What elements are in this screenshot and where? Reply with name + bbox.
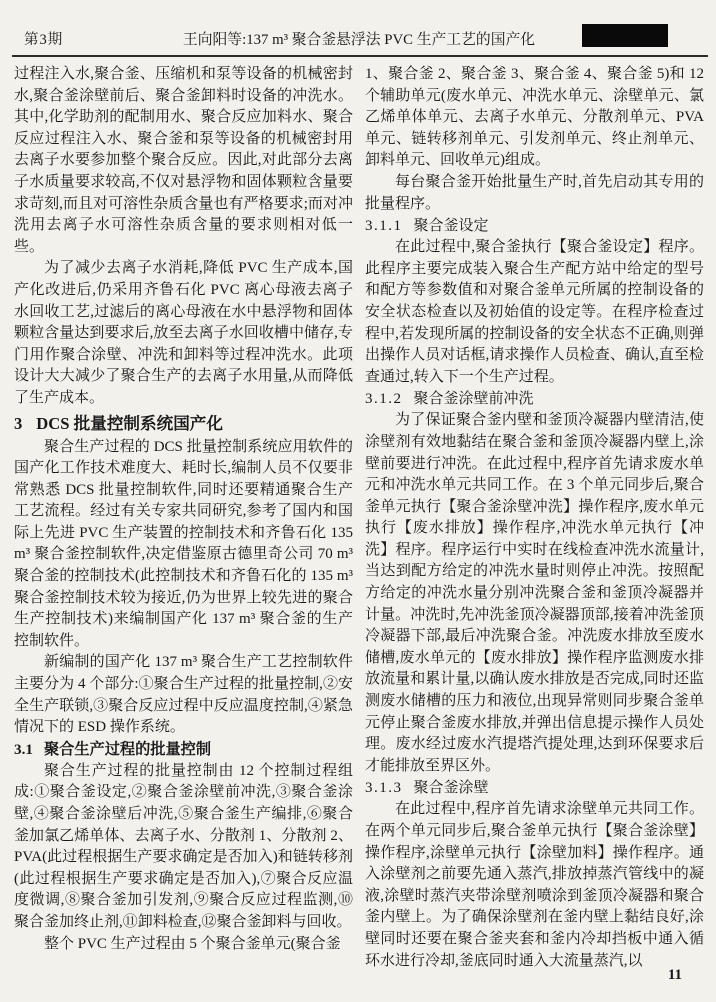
issue-label: 第3期 bbox=[24, 28, 63, 49]
redaction-box bbox=[582, 24, 668, 47]
paragraph: 为了减少去离子水消耗,降低 PVC 生产成本,国产化改进后,仍采用齐鲁石化 PV… bbox=[14, 258, 353, 409]
section-heading-3-1-3: 3.1.3聚合釜涂壁 bbox=[365, 777, 704, 799]
paragraph: 为了保证聚合釜内壁和釜顶冷凝器内壁清洁,使涂壁剂有效地黏结在聚合釜和釜顶冷凝器内… bbox=[365, 410, 704, 777]
section-title: 聚合釜涂壁 bbox=[414, 780, 489, 796]
paragraph: 在此过程中,程序首先请求涂壁单元共同工作。在两个单元同步后,聚合釜单元执行【聚合… bbox=[365, 799, 704, 972]
journal-header: 第3期 王向阳等:137 m³ 聚合釜悬浮法 PVC 生产工艺的国产化 bbox=[12, 20, 706, 54]
section-number: 3.1.1 bbox=[365, 218, 403, 234]
two-column-body: 过程注入水,聚合釜、压缩机和泵等设备的机械密封水,聚合釜涂壁前后、聚合釜卸料时设… bbox=[14, 64, 704, 972]
section-title: 聚合釜涂壁前冲洗 bbox=[414, 391, 534, 407]
left-column: 过程注入水,聚合釜、压缩机和泵等设备的机械密封水,聚合釜涂壁前后、聚合釜卸料时设… bbox=[14, 64, 353, 972]
paragraph: 在此过程中,聚合釜执行【聚合釜设定】程序。此程序主要完成装入聚合生产配方站中给定… bbox=[365, 237, 704, 388]
paragraph: 新编制的国产化 137 m³ 聚合生产工艺控制软件主要分为 4 个部分:①聚合生… bbox=[14, 652, 353, 738]
section-heading-3-1: 3.1聚合生产过程的批量控制 bbox=[14, 739, 353, 761]
section-title: 聚合釜设定 bbox=[414, 218, 489, 234]
section-title: DCS 批量控制系统国产化 bbox=[36, 414, 223, 433]
section-heading-3: 3DCS 批量控制系统国产化 bbox=[14, 412, 353, 436]
section-number: 3.1 bbox=[14, 741, 33, 758]
header-rule bbox=[12, 55, 708, 57]
section-title: 聚合生产过程的批量控制 bbox=[44, 741, 211, 758]
paragraph: 过程注入水,聚合釜、压缩机和泵等设备的机械密封水,聚合釜涂壁前后、聚合釜卸料时设… bbox=[14, 64, 353, 258]
section-number: 3.1.3 bbox=[365, 780, 403, 796]
paragraph: 聚合生产过程的批量控制由 12 个控制过程组成:①聚合釜设定,②聚合釜涂壁前冲洗… bbox=[14, 761, 353, 934]
section-number: 3 bbox=[14, 414, 22, 433]
section-heading-3-1-1: 3.1.1聚合釜设定 bbox=[365, 215, 704, 237]
journal-page: 第3期 王向阳等:137 m³ 聚合釜悬浮法 PVC 生产工艺的国产化 过程注入… bbox=[0, 0, 716, 1002]
right-column: 1、聚合釜 2、聚合釜 3、聚合釜 4、聚合釜 5)和 12 个辅助单元(废水单… bbox=[365, 64, 704, 972]
page-number: 11 bbox=[668, 967, 682, 984]
section-heading-3-1-2: 3.1.2聚合釜涂壁前冲洗 bbox=[365, 388, 704, 410]
running-title: 王向阳等:137 m³ 聚合釜悬浮法 PVC 生产工艺的国产化 bbox=[183, 28, 535, 49]
paragraph: 每台聚合釜开始批量生产时,首先启动其专用的批量程序。 bbox=[365, 172, 704, 215]
paragraph: 整个 PVC 生产过程由 5 个聚合釜单元(聚合釜 bbox=[14, 934, 353, 956]
paragraph: 1、聚合釜 2、聚合釜 3、聚合釜 4、聚合釜 5)和 12 个辅助单元(废水单… bbox=[365, 64, 704, 172]
section-number: 3.1.2 bbox=[365, 391, 403, 407]
paragraph: 聚合生产过程的 DCS 批量控制系统应用软件的国产化工作技术难度大、耗时长,编制… bbox=[14, 437, 353, 653]
